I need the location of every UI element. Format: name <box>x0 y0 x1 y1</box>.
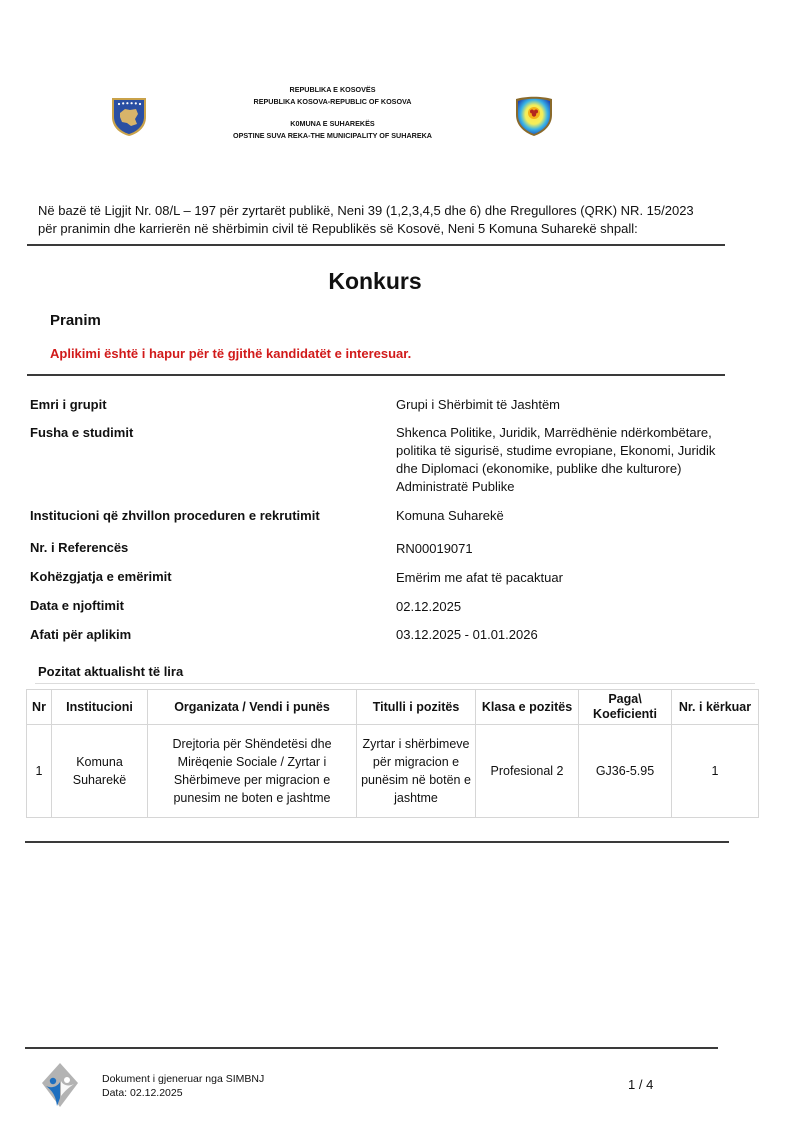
positions-heading: Pozitat aktualisht të lira <box>38 664 183 679</box>
info-value-reference-number: RN00019071 <box>396 540 736 558</box>
info-label-group-name: Emri i grupit <box>30 397 107 412</box>
info-label-recruiting-institution: Institucioni që zhvillon proceduren e re… <box>30 508 320 523</box>
info-label-appointment-duration: Kohëzgjatja e emërimit <box>30 569 172 584</box>
header-line-republic-sq: REPUBLIKA E KOSOVËS <box>160 84 505 96</box>
eligibility-notice: Aplikimi është i hapur për të gjithë kan… <box>50 346 411 361</box>
cell-organization: Drejtoria për Shëndetësi dhe Mirëqenie S… <box>148 725 357 818</box>
cell-number-required: 1 <box>672 725 759 818</box>
info-value-application-deadline: 03.12.2025 - 01.01.2026 <box>396 626 736 644</box>
info-label-reference-number: Nr. i Referencës <box>30 540 128 555</box>
footer-divider <box>25 1047 718 1049</box>
info-label-application-deadline: Afati për aplikim <box>30 627 131 642</box>
institution-header: REPUBLIKA E KOSOVËS REPUBLIKA KOSOVA-REP… <box>160 84 505 142</box>
page-number: 1 / 4 <box>628 1077 653 1092</box>
col-institution: Institucioni <box>52 690 148 725</box>
col-organization: Organizata / Vendi i punës <box>148 690 357 725</box>
col-position-title: Titulli i pozitës <box>357 690 476 725</box>
info-value-notice-date: 02.12.2025 <box>396 598 736 616</box>
intro-line-2: për pranimin dhe karrierën në shërbimin … <box>38 220 738 238</box>
legal-basis-intro: Në bazë të Ligjit Nr. 08/L – 197 për zyr… <box>38 202 738 238</box>
header-line-municipality-en: OPSTINE SUVA REKA-THE MUNICIPALITY OF SU… <box>160 130 505 142</box>
info-value-field-of-study: Shkenca Politike, Juridik, Marrëdhënie n… <box>396 424 726 496</box>
col-position-class: Klasa e pozitës <box>476 690 579 725</box>
info-value-recruiting-institution: Komuna Suharekë <box>396 507 736 525</box>
info-value-group-name: Grupi i Shërbimit të Jashtëm <box>396 396 736 414</box>
cell-institution: Komuna Suharekë <box>52 725 148 818</box>
col-nr: Nr <box>27 690 52 725</box>
footer-generated-by: Dokument i gjeneruar nga SIMBNJ <box>102 1072 264 1086</box>
info-label-notice-date: Data e njoftimit <box>30 598 124 613</box>
suhareka-municipality-emblem-icon <box>514 95 552 137</box>
cell-position-title: Zyrtar i shërbimeve për migracion e punë… <box>357 725 476 818</box>
col-salary-coefficient: Paga\ Koeficienti <box>579 690 672 725</box>
footer-date: Data: 02.12.2025 <box>102 1086 264 1100</box>
header-line-municipality-sq: K0MUNA E SUHAREKËS <box>160 118 505 130</box>
divider <box>27 244 725 246</box>
page-title: Konkurs <box>0 268 750 295</box>
intro-line-1: Në bazë të Ligjit Nr. 08/L – 197 për zyr… <box>38 202 738 220</box>
col-number-required: Nr. i kërkuar <box>672 690 759 725</box>
info-label-field-of-study: Fusha e studimit <box>30 425 133 440</box>
divider <box>27 374 725 376</box>
cell-nr: 1 <box>27 725 52 818</box>
table-row: 1 Komuna Suharekë Drejtoria për Shëndetë… <box>27 725 759 818</box>
info-value-appointment-duration: Emërim me afat të pacaktuar <box>396 569 736 587</box>
header-line-republic-en: REPUBLIKA KOSOVA-REPUBLIC OF KOSOVA <box>160 96 505 108</box>
positions-heading-underline <box>35 683 755 684</box>
footer-generated-info: Dokument i gjeneruar nga SIMBNJ Data: 02… <box>102 1072 264 1100</box>
positions-table: Nr Institucioni Organizata / Vendi i pun… <box>26 689 759 818</box>
simbnj-logo-icon <box>40 1062 80 1108</box>
announcement-type: Pranim <box>50 312 101 329</box>
table-header-row: Nr Institucioni Organizata / Vendi i pun… <box>27 690 759 725</box>
kosovo-coat-of-arms-icon <box>110 95 148 137</box>
cell-position-class: Profesional 2 <box>476 725 579 818</box>
cell-salary-coefficient: GJ36-5.95 <box>579 725 672 818</box>
divider <box>25 841 729 843</box>
